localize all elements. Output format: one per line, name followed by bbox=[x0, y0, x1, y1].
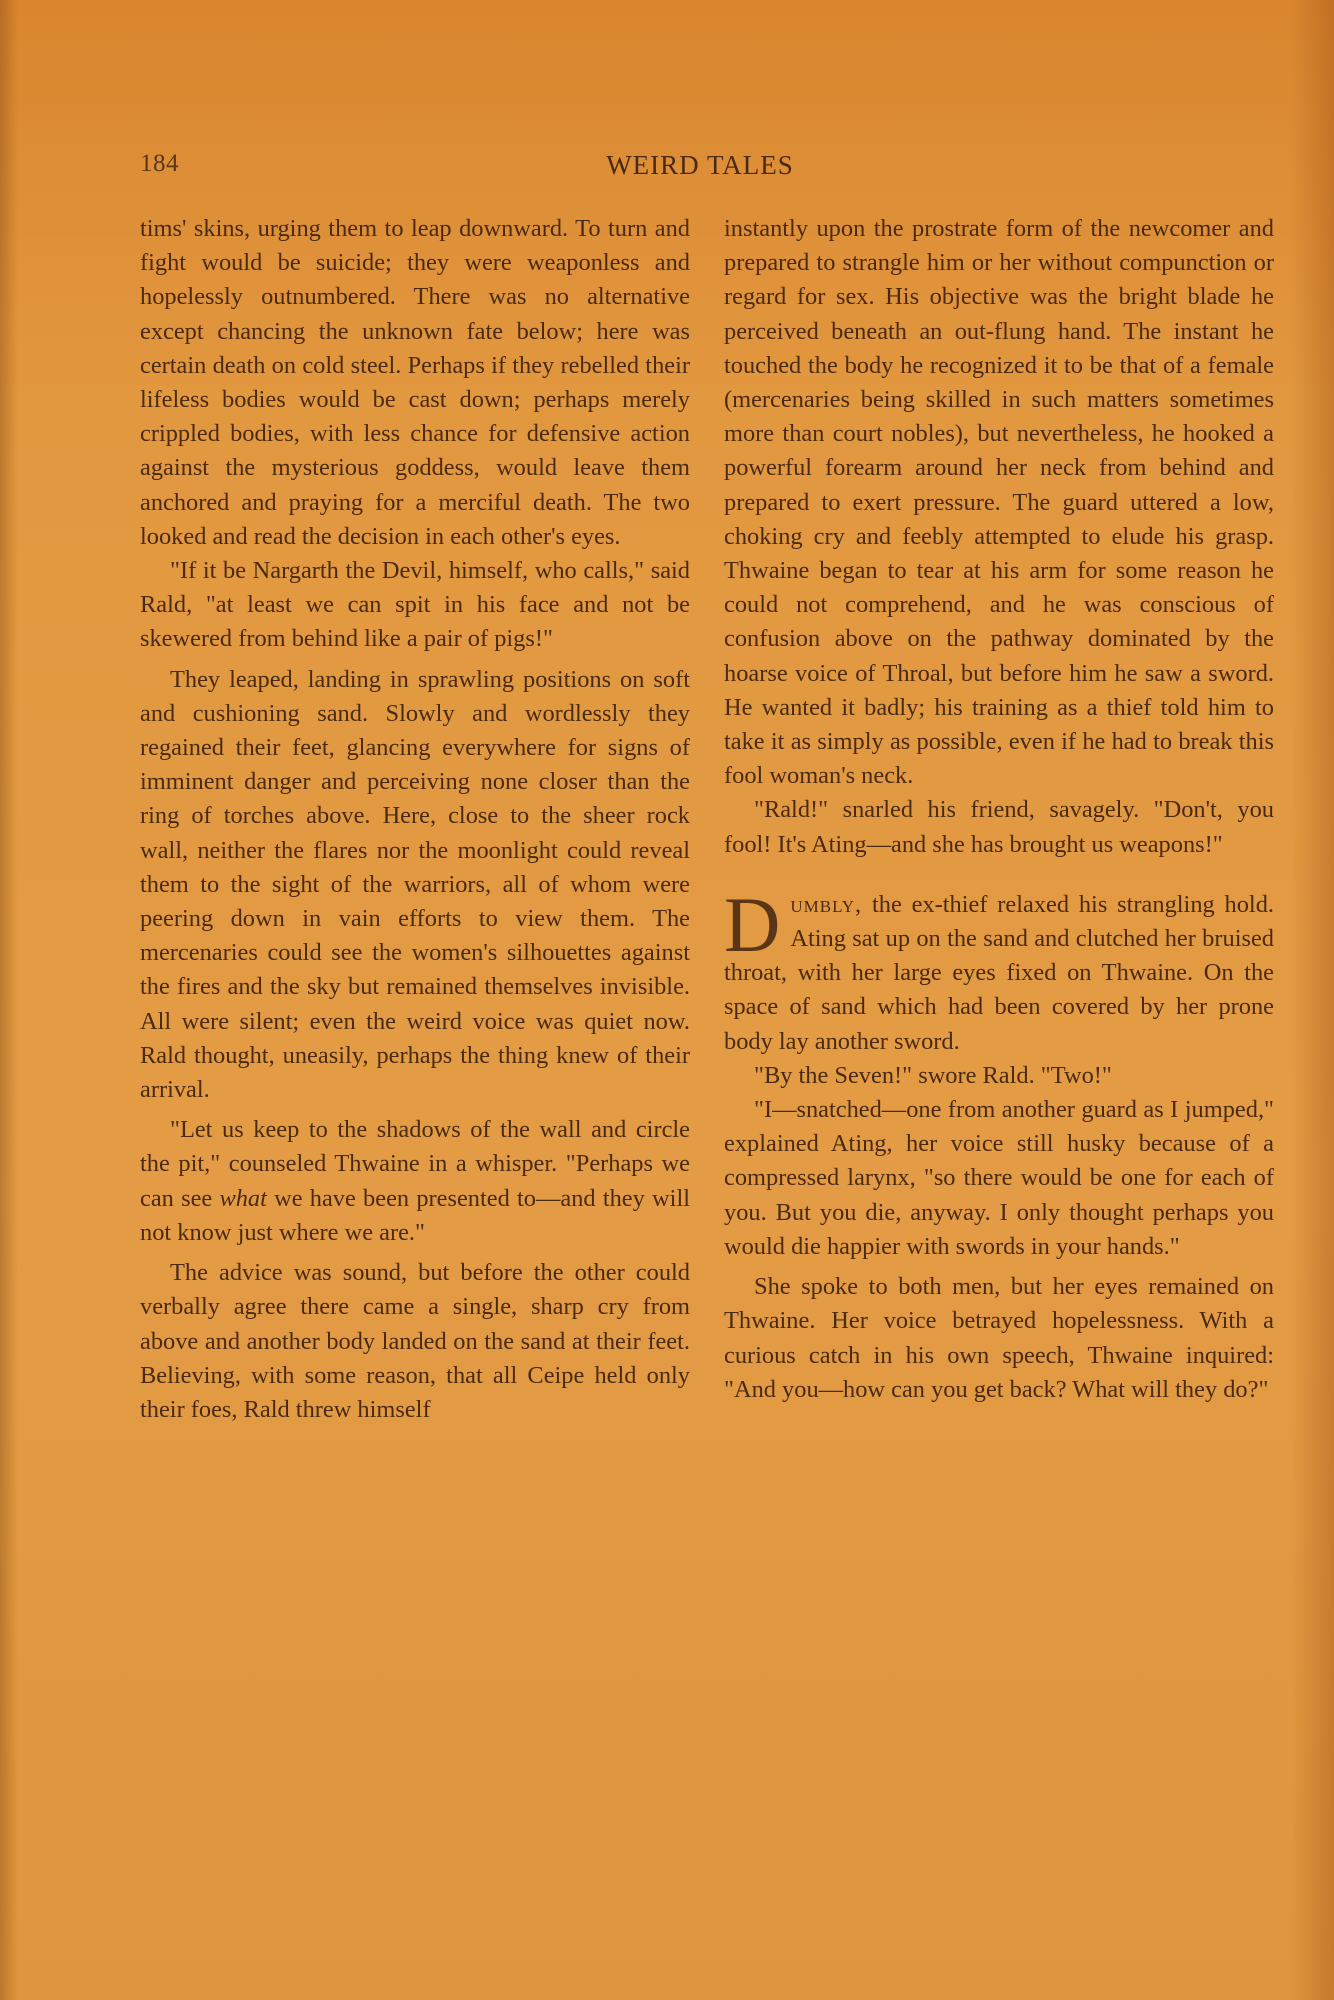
journal-title: WEIRD TALES bbox=[140, 150, 1200, 181]
right-column: instantly upon the prostrate form of the… bbox=[724, 212, 1274, 1407]
paragraph: "If it be Nargarth the Devil, himself, w… bbox=[140, 554, 690, 657]
drop-cap: D bbox=[724, 894, 780, 956]
emphasis-text: what bbox=[219, 1185, 266, 1212]
paragraph: instantly upon the prostrate form of the… bbox=[724, 212, 1274, 793]
paragraph: The advice was sound, but before the oth… bbox=[140, 1256, 690, 1427]
paragraph: "By the Seven!" swore Rald. "Two!" bbox=[724, 1059, 1274, 1093]
magazine-page: 184 WEIRD TALES tims' skins, urging them… bbox=[0, 0, 1334, 2000]
left-column: tims' skins, urging them to leap downwar… bbox=[140, 212, 690, 1427]
paragraph: She spoke to both men, but her eyes rema… bbox=[724, 1270, 1274, 1407]
running-head: 184 WEIRD TALES bbox=[140, 150, 1200, 190]
paragraph: "Let us keep to the shadows of the wall … bbox=[140, 1113, 690, 1250]
small-caps-lead: umbly, bbox=[790, 891, 862, 918]
section-opening-paragraph: Dumbly, the ex-thief relaxed his strangl… bbox=[724, 888, 1274, 1059]
paragraph: "Rald!" snarled his friend, savagely. "D… bbox=[724, 793, 1274, 861]
paragraph: They leaped, landing in sprawling positi… bbox=[140, 663, 690, 1108]
paragraph: tims' skins, urging them to leap downwar… bbox=[140, 212, 690, 554]
paragraph: "I—snatched—one from another guard as I … bbox=[724, 1093, 1274, 1264]
